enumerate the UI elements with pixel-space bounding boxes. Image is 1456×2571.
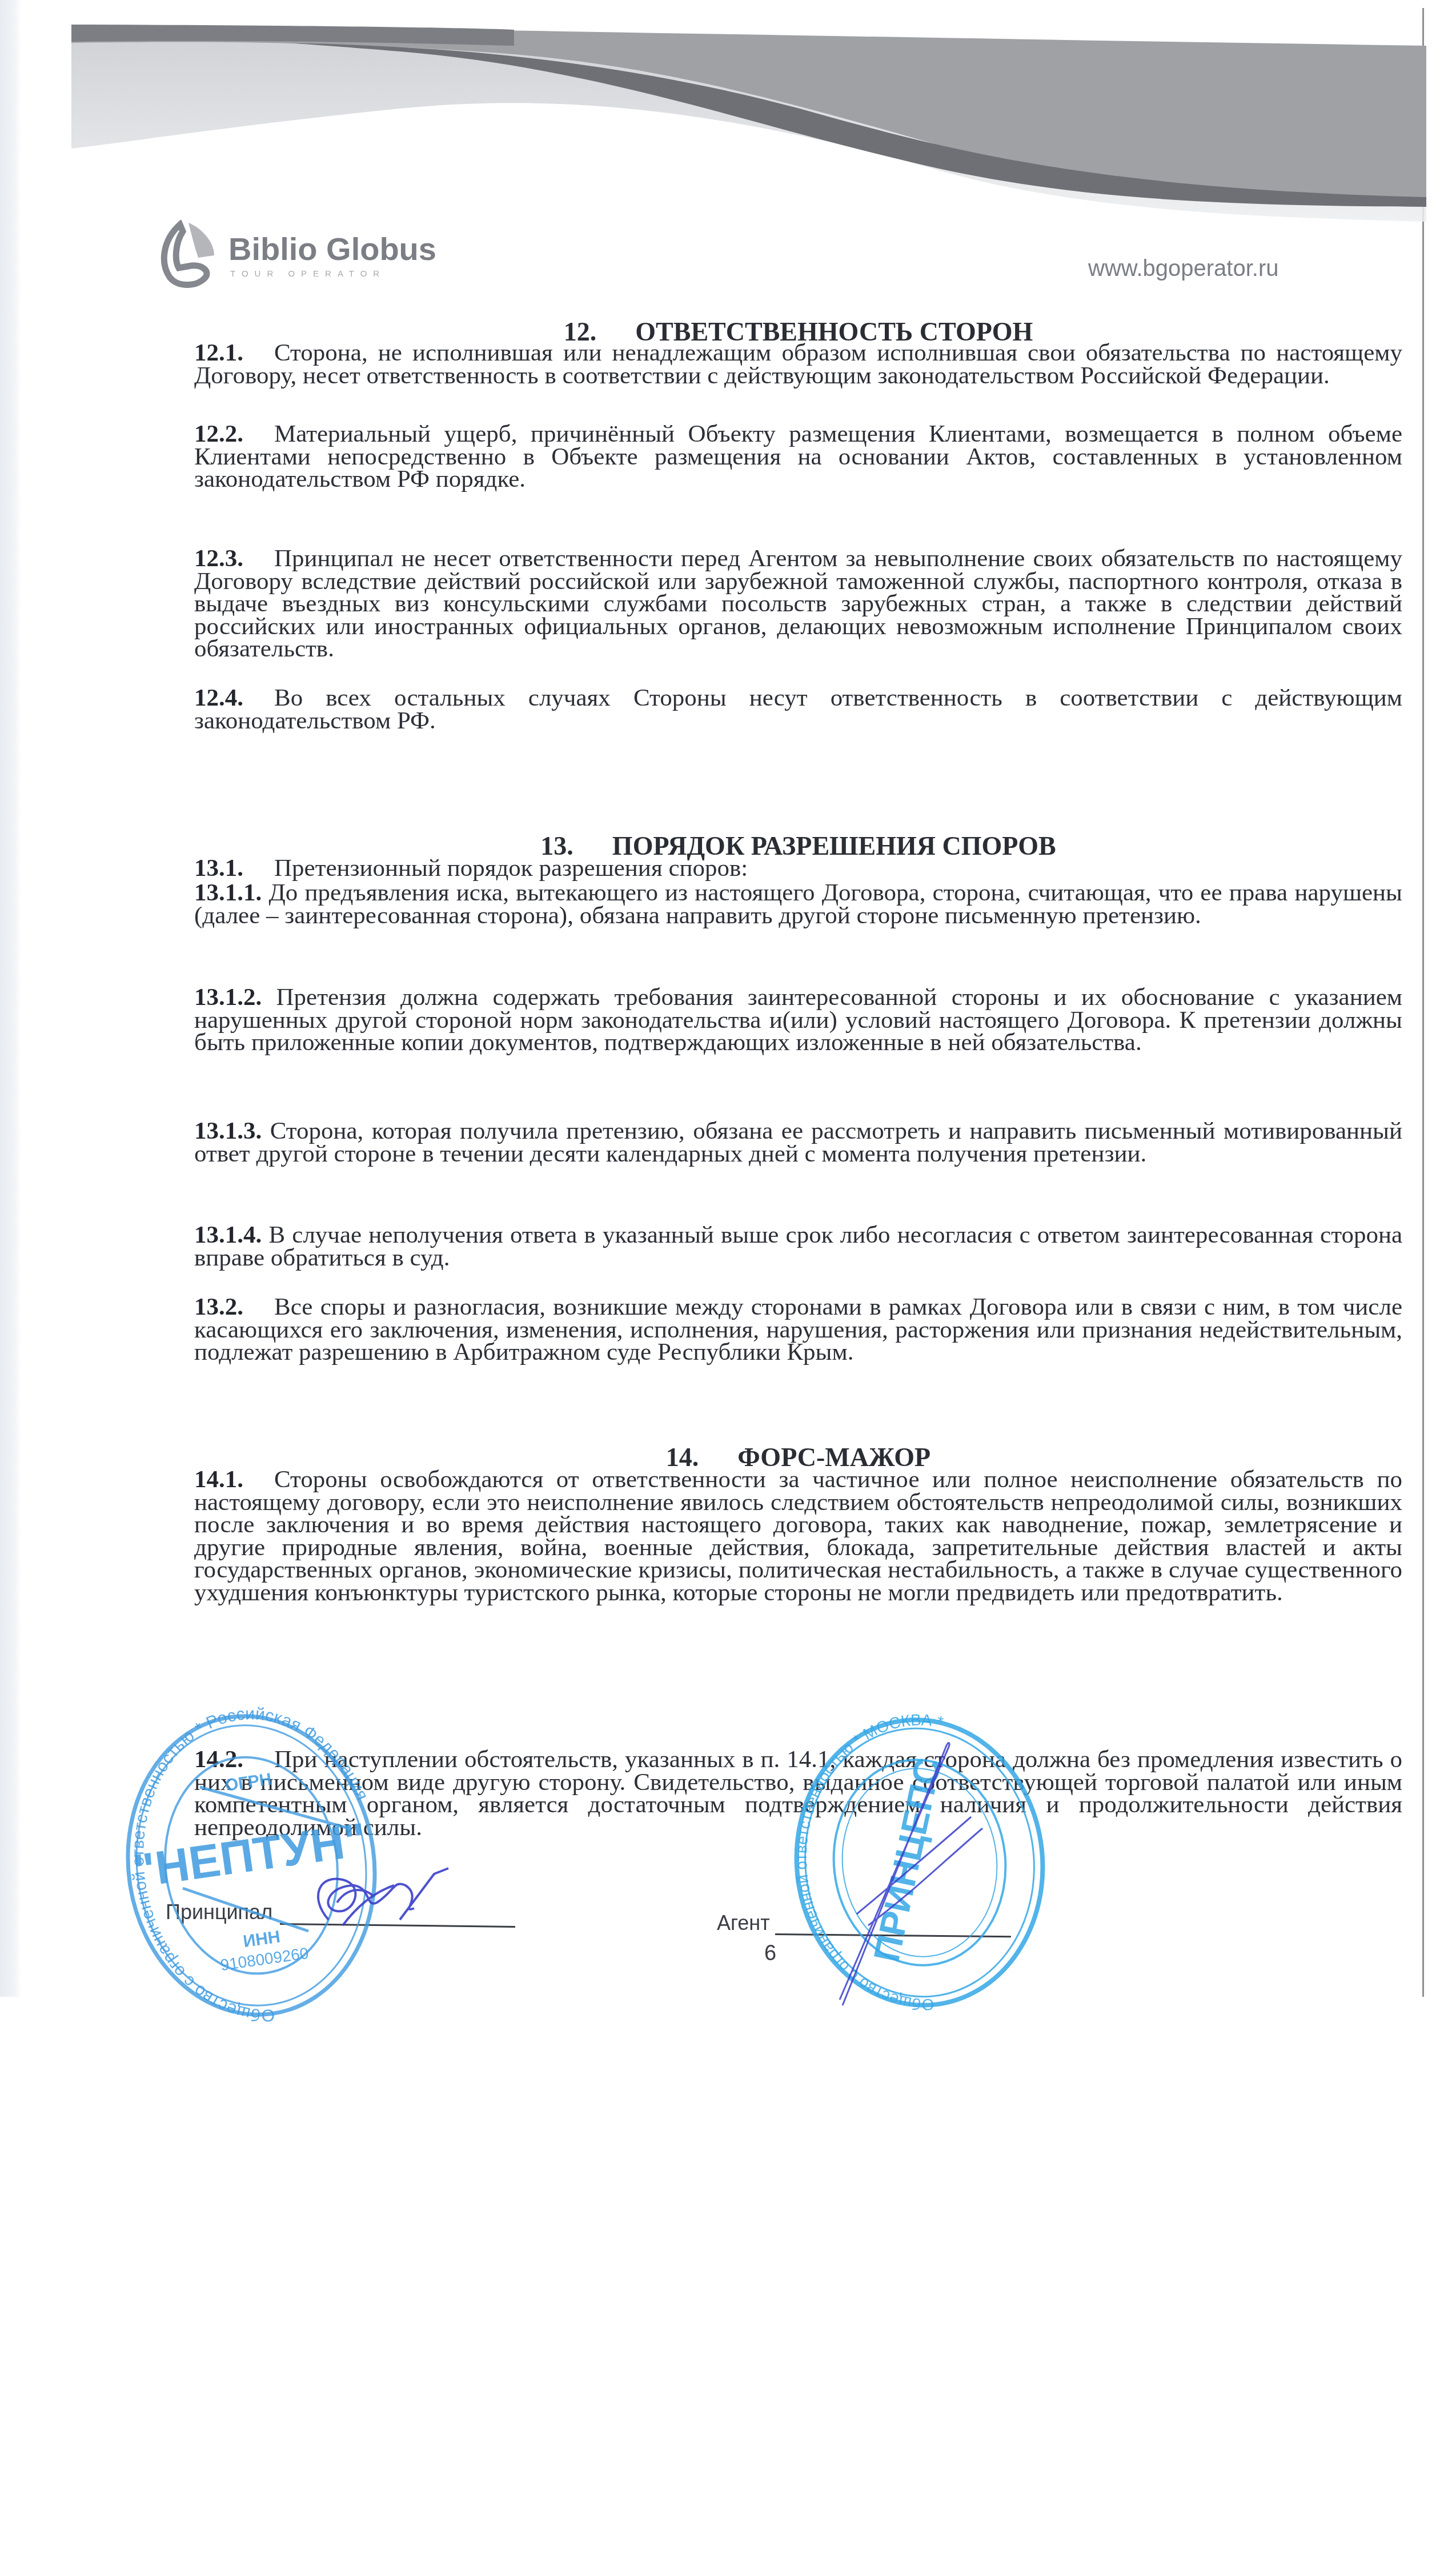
principal-label: Принципал — [166, 1900, 272, 1924]
clause-text: Принципал не несет ответственности перед… — [194, 545, 1402, 662]
clause-14-1: 14.1.Стороны освобождаются от ответствен… — [194, 1468, 1402, 1604]
clause-12-3: 12.3.Принципал не несет ответственности … — [194, 547, 1402, 660]
clause-text: Претензия должна содержать требования за… — [194, 984, 1402, 1056]
clause-14-2: 14.2.При наступлении обстоятельств, указ… — [194, 1748, 1402, 1839]
clause-text: Во всех остальных случаях Стороны несут … — [194, 684, 1402, 734]
clause-12-4: 12.4.Во всех остальных случаях Стороны н… — [194, 687, 1402, 732]
biblio-globus-logo-icon — [157, 220, 220, 289]
clause-text: Материальный ущерб, причинённый Объекту … — [194, 421, 1402, 492]
website-link[interactable]: www.bgoperator.ru — [1088, 256, 1279, 282]
clause-number: 13.1. — [194, 857, 274, 880]
clause-13-1-2: 13.1.2. Претензия должна содержать требо… — [194, 986, 1402, 1054]
clause-number: 12.3. — [194, 547, 274, 570]
clause-text: Сторона, которая получила претензию, обя… — [194, 1118, 1402, 1167]
clause-13-1: 13.1.Претензионный порядок разрешения сп… — [194, 857, 1402, 880]
clause-number: 13.1.3. — [194, 1120, 262, 1143]
clause-13-1-4: 13.1.4. В случае неполучения ответа в ук… — [194, 1224, 1402, 1269]
clause-number: 13.2. — [194, 1296, 274, 1319]
clause-number: 13.1.4. — [194, 1224, 262, 1247]
clause-number: 14.1. — [194, 1468, 274, 1491]
clause-12-1: 12.1.Сторона, не исполнившая или ненадле… — [194, 342, 1402, 387]
clause-text: Сторона, не исполнившая или ненадлежащим… — [194, 339, 1402, 389]
clause-number: 14.2. — [194, 1748, 274, 1771]
clause-number: 13.1.1. — [194, 882, 262, 904]
clause-number: 12.4. — [194, 687, 274, 710]
header-wave-decoration — [0, 0, 1456, 229]
clause-13-1-1: 13.1.1. До предъявления иска, вытекающег… — [194, 882, 1402, 927]
clause-text: При наступлении обстоятельств, указанных… — [194, 1746, 1402, 1841]
clause-number: 12.1. — [194, 342, 274, 365]
clause-text: До предъявления иска, вытекающего из нас… — [194, 879, 1402, 929]
clause-12-2: 12.2.Материальный ущерб, причинённый Объ… — [194, 423, 1402, 491]
clause-text: Претензионный порядок разрешения споров: — [274, 855, 748, 882]
agent-label: Агент — [717, 1911, 770, 1935]
clause-13-2: 13.2.Все споры и разногласия, возникшие … — [194, 1296, 1402, 1364]
brand-logo: Biblio Globus TOUR OPERATOR — [157, 220, 488, 289]
clause-number: 13.1.2. — [194, 986, 262, 1009]
brand-tagline: TOUR OPERATOR — [230, 269, 386, 279]
scan-edge-strip — [0, 0, 21, 1997]
clause-text: Стороны освобождаются от ответственности… — [194, 1466, 1402, 1606]
page-number: 6 — [764, 1941, 776, 1966]
brand-name: Biblio Globus — [228, 230, 436, 267]
clause-13-1-3: 13.1.3. Сторона, которая получила претен… — [194, 1120, 1402, 1165]
clause-text: В случае неполучения ответа в указанный … — [194, 1222, 1402, 1271]
clause-text: Все споры и разногласия, возникшие между… — [194, 1293, 1402, 1365]
clause-number: 12.2. — [194, 423, 274, 446]
